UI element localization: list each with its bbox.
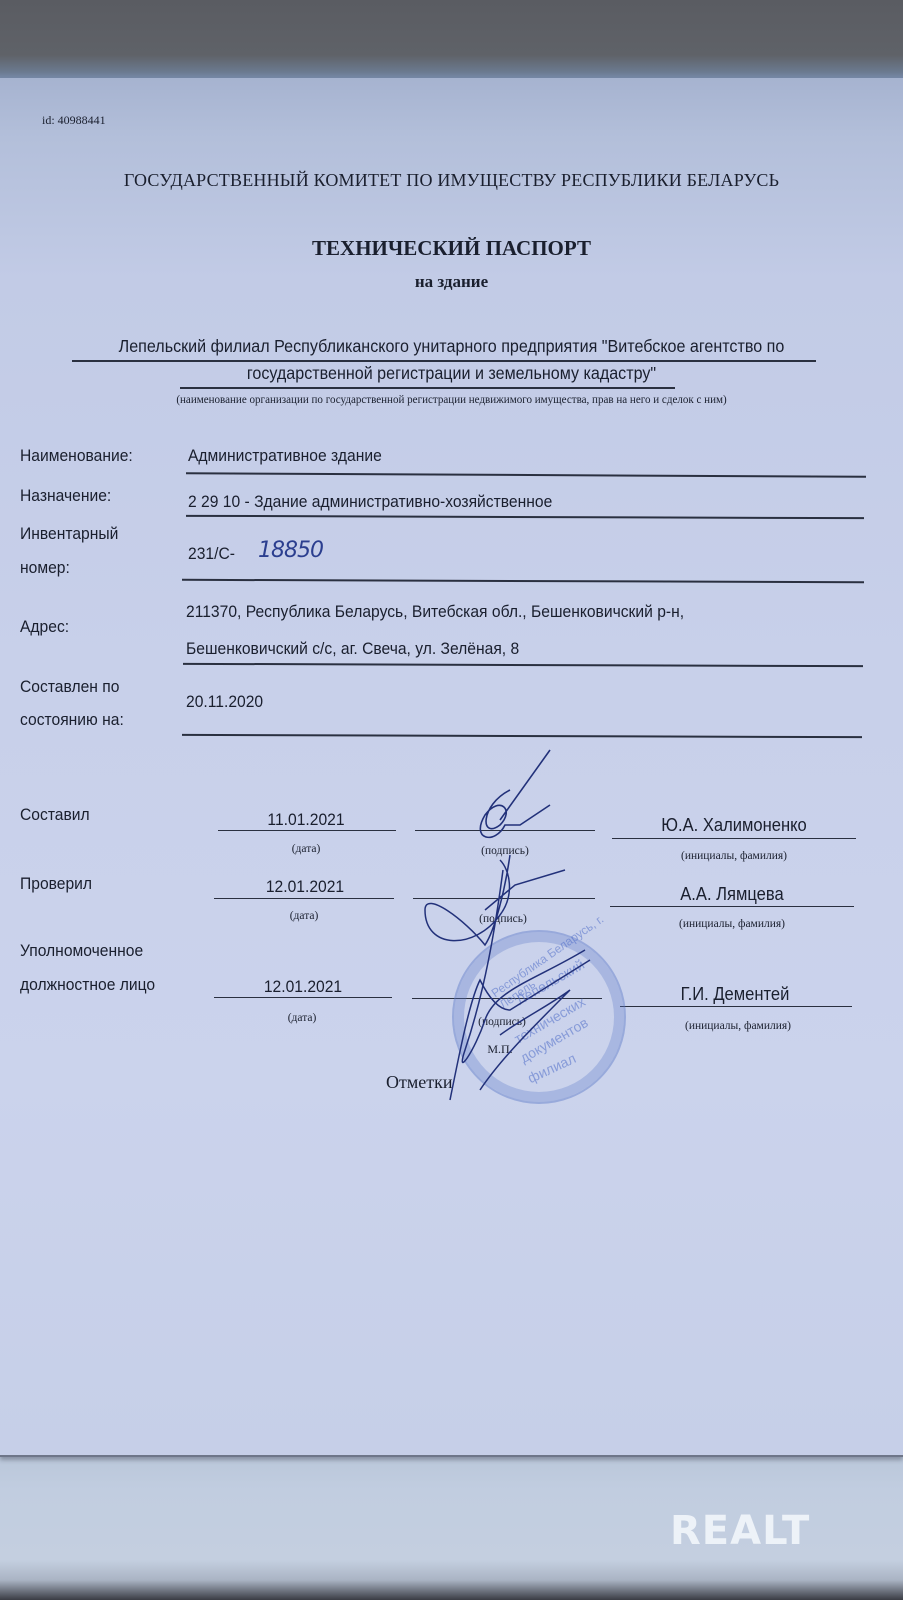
compiled-name-line <box>612 838 856 839</box>
purpose-label: Назначение: <box>20 486 111 506</box>
authorized-name-line <box>620 1006 852 1007</box>
address-line-2: Бешенковичский с/с, аг. Свеча, ул. Зелён… <box>186 639 519 659</box>
purpose-value: 2 29 10 - Здание административно-хозяйст… <box>188 492 552 512</box>
document-id: id: 40988441 <box>42 113 106 128</box>
address-label: Адрес: <box>20 617 69 637</box>
compiled-name: Ю.А. Халимоненко <box>624 815 845 836</box>
authorized-label-line-1: Уполномоченное <box>20 941 143 961</box>
organization-underline-1 <box>72 360 816 362</box>
checked-name-caption: (инициалы, фамилия) <box>610 918 854 930</box>
checked-date-caption: (дата) <box>216 910 392 922</box>
marks-heading: Отметки <box>386 1072 453 1093</box>
checked-date-line <box>214 898 394 899</box>
issuing-committee: ГОСУДАРСТВЕННЫЙ КОМИТЕТ ПО ИМУЩЕСТВУ РЕС… <box>0 170 903 191</box>
compiled-date-caption: (дата) <box>218 843 394 855</box>
organization-line-2: государственной регистрации и земельному… <box>36 363 867 384</box>
authorized-date: 12.01.2021 <box>221 977 385 997</box>
authorized-name: Г.И. Дементей <box>629 984 841 1005</box>
compiled-date-line <box>218 830 396 831</box>
inventory-label-line-2: номер: <box>20 558 70 578</box>
organization-underline-2 <box>180 387 675 389</box>
compiled-by-label: Составил <box>20 805 90 825</box>
organization-caption: (наименование организации по государстве… <box>36 392 867 407</box>
document-title: ТЕХНИЧЕСКИЙ ПАСПОРТ <box>0 236 903 261</box>
compiled-name-caption: (инициалы, фамилия) <box>612 850 856 862</box>
authorized-date-line <box>214 997 392 998</box>
inventory-label-line-1: Инвентарный <box>20 524 118 544</box>
organization-line-1: Лепельский филиал Республиканского унита… <box>36 336 867 357</box>
address-line-1: 211370, Республика Беларусь, Витебская о… <box>186 602 684 622</box>
compiled-date: 11.01.2021 <box>225 810 387 830</box>
authorized-label-line-2: должностное лицо <box>20 975 155 995</box>
inventory-prefix: 231/С- <box>188 544 235 564</box>
checked-by-label: Проверил <box>20 874 92 894</box>
name-value: Административное здание <box>188 446 382 466</box>
document-subtitle: на здание <box>0 272 903 292</box>
as-of-label-line-2: состоянию на: <box>20 710 124 730</box>
as-of-label-line-1: Составлен по <box>20 677 119 697</box>
checked-name-line <box>610 906 854 907</box>
authorized-date-caption: (дата) <box>214 1012 390 1024</box>
inventory-number-handwritten: 18850 <box>258 538 323 563</box>
signature-compiled-icon <box>440 745 580 855</box>
name-label: Наименование: <box>20 446 133 466</box>
checked-name: А.А. Лямцева <box>622 884 843 905</box>
checked-date: 12.01.2021 <box>223 877 387 897</box>
authorized-name-caption: (инициалы, фамилия) <box>616 1020 860 1032</box>
as-of-value: 20.11.2020 <box>186 692 263 712</box>
realt-watermark-logo: REALT <box>670 1508 810 1554</box>
